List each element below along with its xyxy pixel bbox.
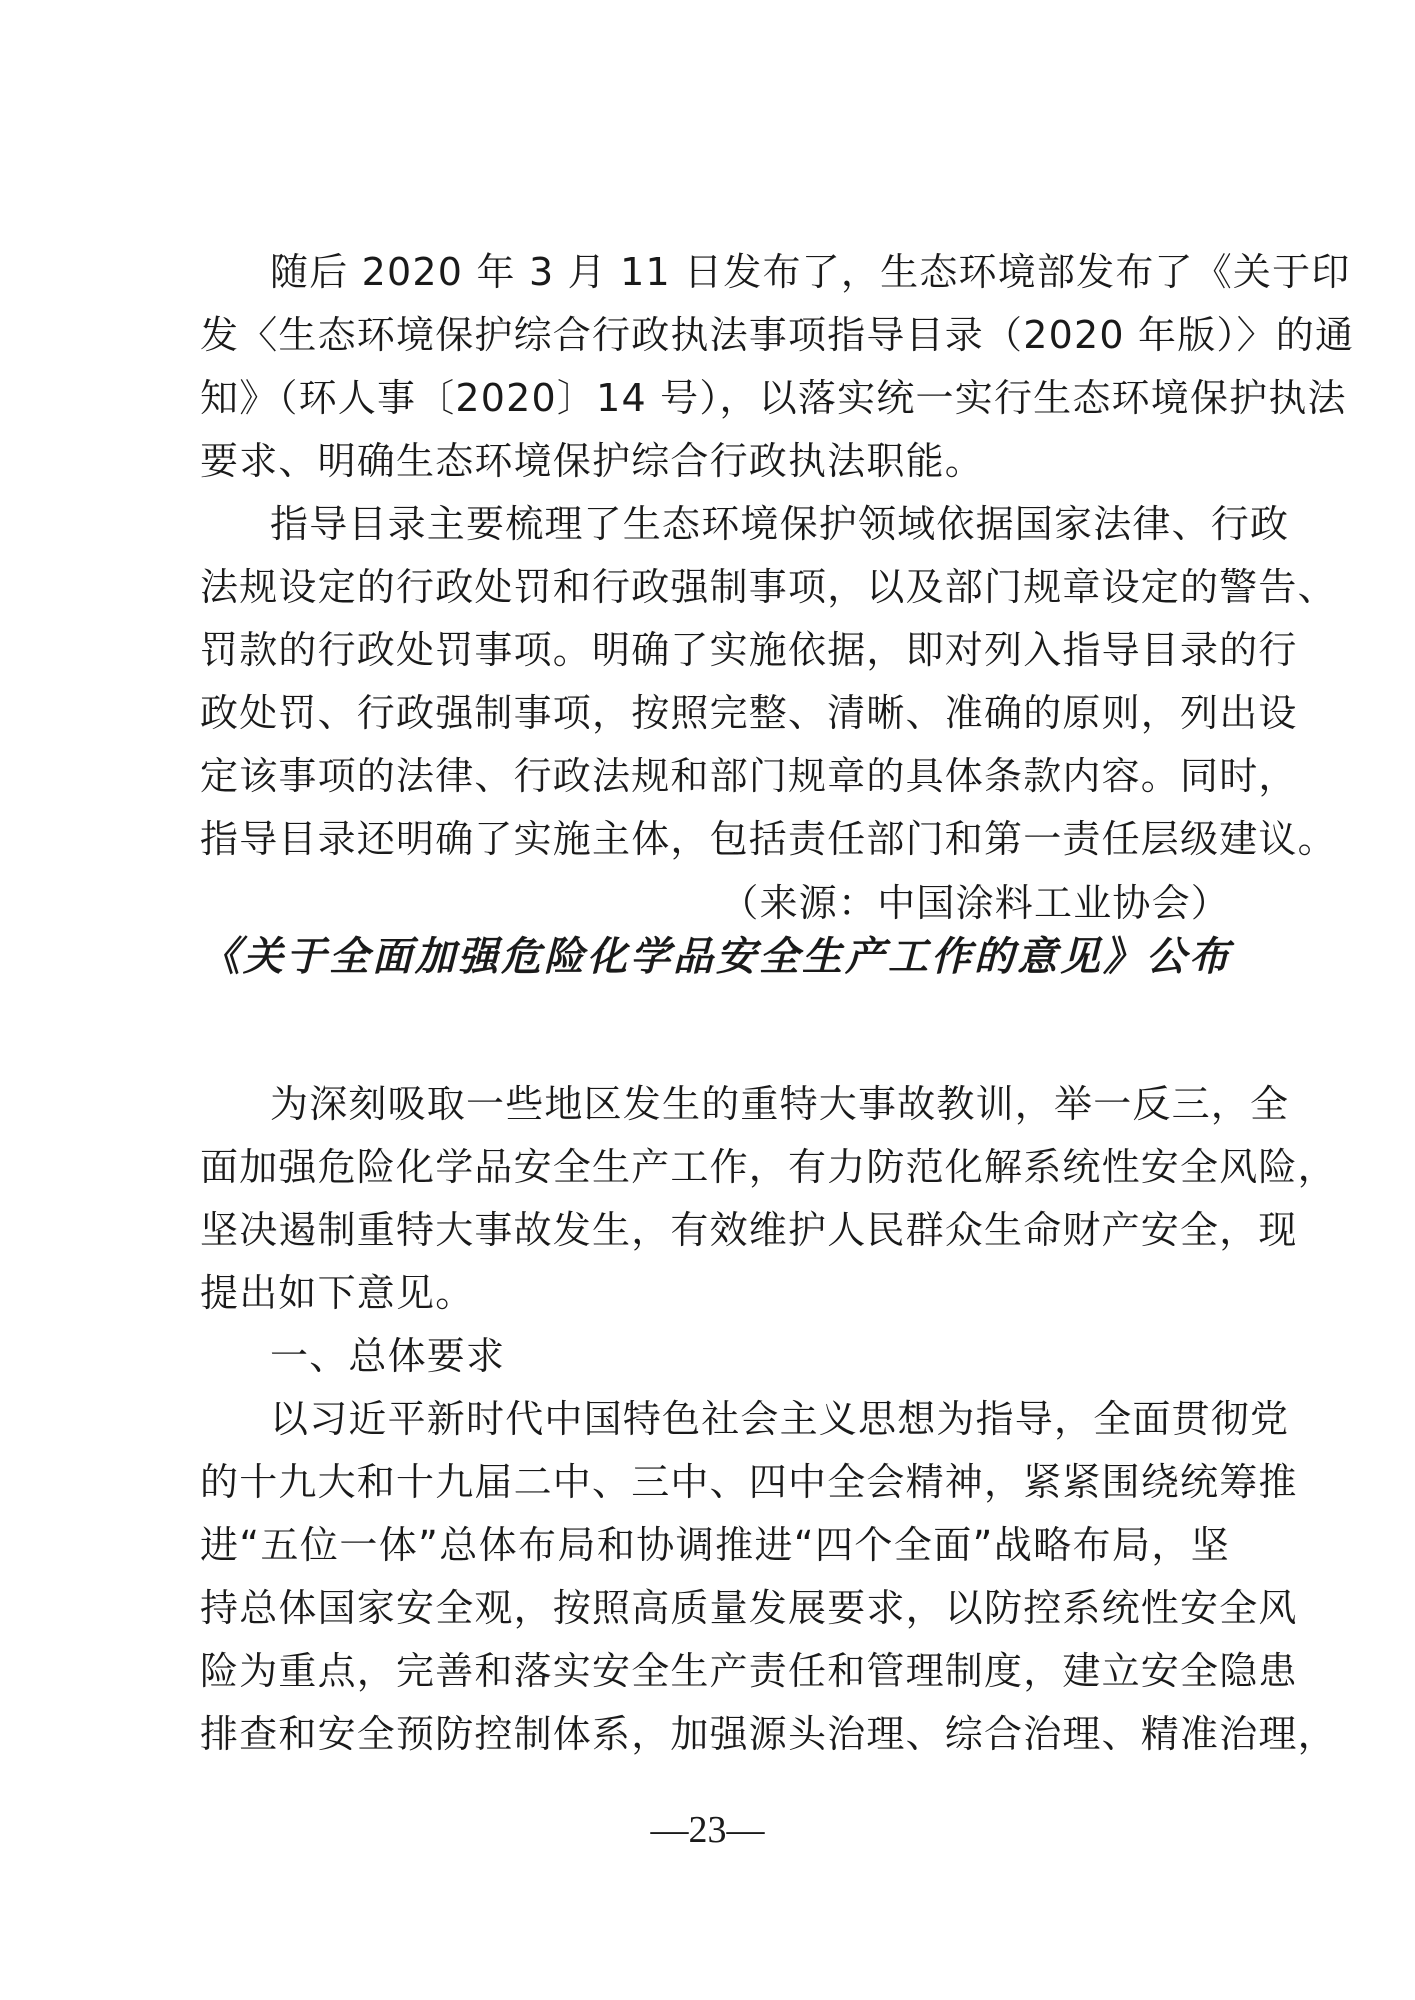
text-line: 知》（环人事〔2020〕14 号），以落实统一实行生态环境保护执法 [200,376,1230,420]
text-line: 持总体国家安全观，按照高质量发展要求，以防控系统性安全风 [200,1586,1230,1630]
text-line: 法规设定的行政处罚和行政强制事项，以及部门规章设定的警告、 [200,565,1230,609]
article-2-title: 《关于全面加强危险化学品安全生产工作的意见》公布 [200,932,1230,982]
text-line: 险为重点，完善和落实安全生产责任和管理制度，建立安全隐患 [200,1649,1230,1693]
text-line: 面加强危险化学品安全生产工作，有力防范化解系统性安全风险， [200,1145,1230,1189]
text-line: 指导目录还明确了实施主体，包括责任部门和第一责任层级建议。 [200,817,1230,861]
text-line: 坚决遏制重特大事故发生，有效维护人民群众生命财产安全，现 [200,1208,1230,1252]
text-line: 发〈生态环境保护综合行政执法事项指导目录（2020 年版）〉的通 [200,313,1230,357]
text-line: 政处罚、行政强制事项，按照完整、清晰、准确的原则，列出设 [200,691,1230,735]
section-heading: 一、总体要求 [270,1334,1230,1378]
text-line: 要求、明确生态环境保护综合行政执法职能。 [200,439,1230,483]
text-line: 随后 2020 年 3 月 11 日发布了，生态环境部发布了《关于印 [270,250,1230,294]
text-line: 指导目录主要梳理了生态环境保护领域依据国家法律、行政 [270,502,1230,546]
text-line: 排查和安全预防控制体系，加强源头治理、综合治理、精准治理， [200,1712,1230,1756]
page-number: —23— [0,1808,1415,1852]
source-attribution: （来源：中国涂料工业协会） [200,881,1230,925]
text-line: 以习近平新时代中国特色社会主义思想为指导，全面贯彻党 [270,1397,1230,1441]
text-line: 罚款的行政处罚事项。明确了实施依据，即对列入指导目录的行 [200,628,1230,672]
text-line: 进“五位一体”总体布局和协调推进“四个全面”战略布局，坚 [200,1523,1230,1567]
text-line: 定该事项的法律、行政法规和部门规章的具体条款内容。同时， [200,754,1230,798]
text-line: 为深刻吸取一些地区发生的重特大事故教训，举一反三，全 [270,1082,1230,1126]
text-line: 提出如下意见。 [200,1271,1230,1315]
text-line: 的十九大和十九届二中、三中、四中全会精神，紧紧围绕统筹推 [200,1460,1230,1504]
